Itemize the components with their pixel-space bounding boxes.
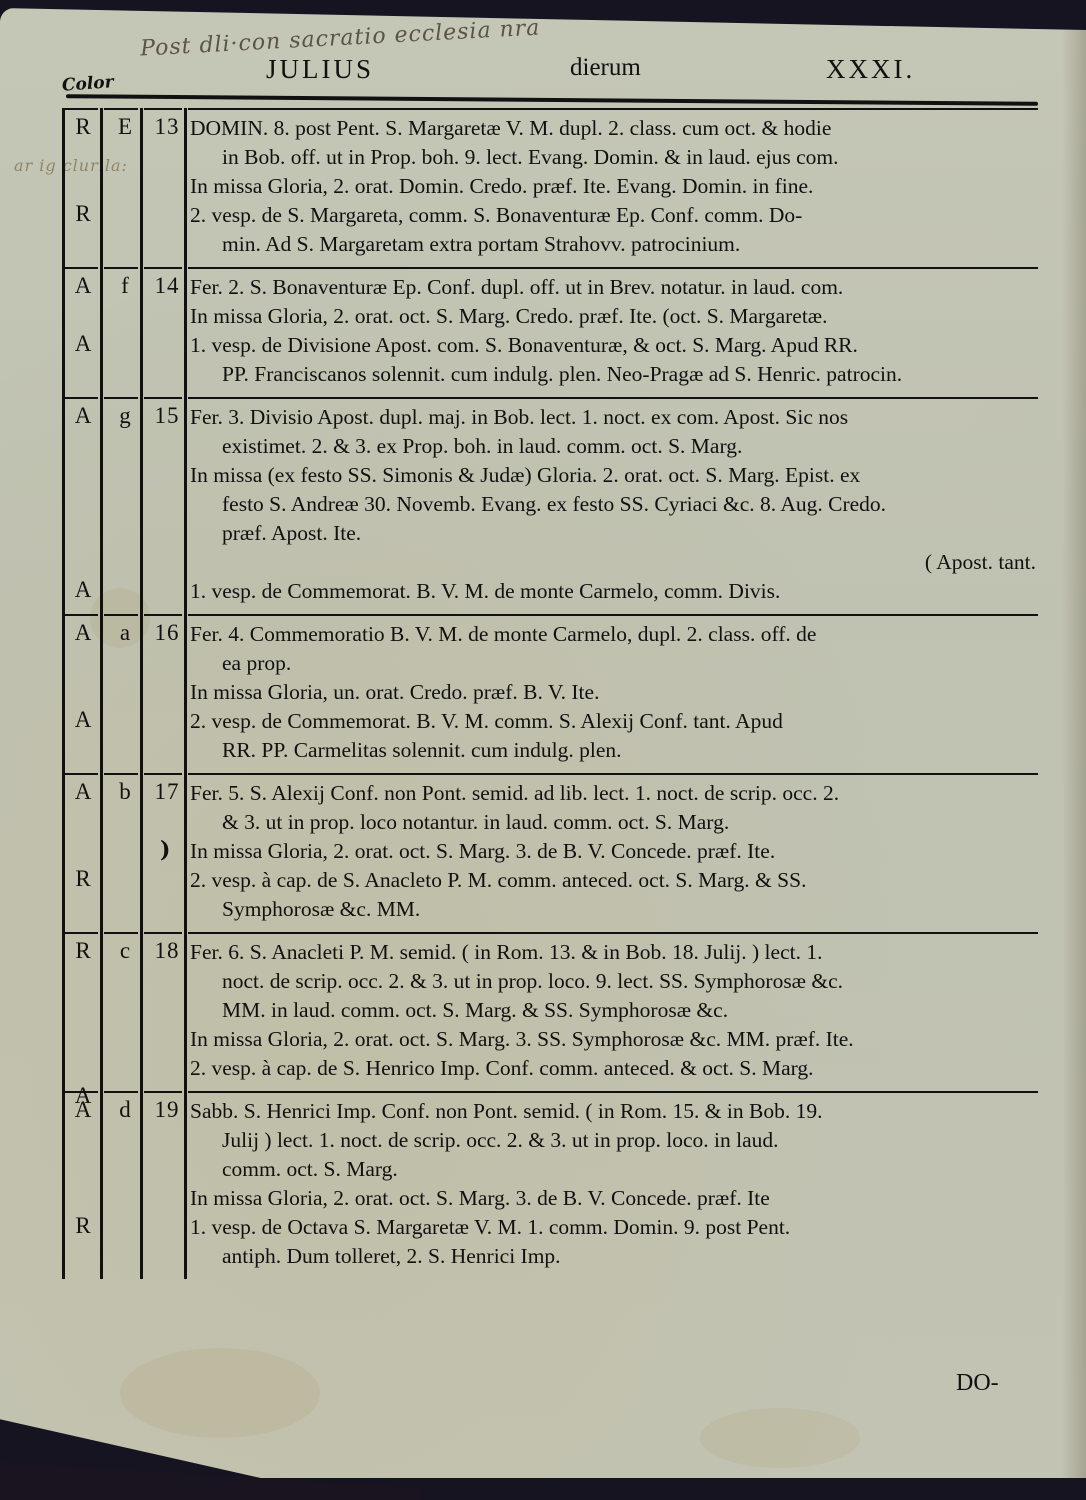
office-text-line: 1. vesp. de Octava S. Margaretæ V. M. 1.… <box>190 1213 1050 1242</box>
office-text-line: Fer. 5. S. Alexij Conf. non Pont. semid.… <box>190 779 1050 808</box>
liturgical-color-letter: A <box>70 779 96 805</box>
office-text-line: Sabb. S. Henrici Imp. Conf. non Pont. se… <box>190 1097 1050 1126</box>
office-text-line: 2. vesp. de S. Margareta, comm. S. Bonav… <box>190 201 1050 230</box>
day-number: 14 <box>150 273 184 299</box>
col-rule-dominical <box>140 108 143 1279</box>
calendar-day-row: c 18 Fer. 6. S. Anacleti P. M. semid. ( … <box>60 932 1045 1091</box>
day-number: 13 <box>150 114 184 140</box>
calendar-day-row: f 14 Fer. 2. S. Bonaventuræ Ep. Conf. du… <box>60 267 1045 397</box>
calendar-day-row: d 19 Sabb. S. Henrici Imp. Conf. non Pon… <box>60 1091 1045 1279</box>
catchword: DO- <box>956 1370 999 1397</box>
office-text-line: 1. vesp. de Divisione Apost. com. S. Bon… <box>190 331 1050 360</box>
office-text-line: In missa Gloria, un. orat. Credo. præf. … <box>190 678 1050 707</box>
dominical-letter: g <box>112 403 138 429</box>
office-text-line: noct. de scrip. occ. 2. & 3. ut in prop.… <box>190 967 1050 996</box>
page-gutter-shadow <box>1062 8 1086 1478</box>
day-office-text: Fer. 5. S. Alexij Conf. non Pont. semid.… <box>190 779 1050 924</box>
office-text-line: ea prop. <box>190 649 1050 678</box>
day-number: 18 <box>150 938 184 964</box>
liturgical-color-letter: R <box>70 114 96 140</box>
office-text-line: In missa Gloria, 2. orat. oct. S. Marg. … <box>190 1184 1050 1213</box>
liturgical-color-letter: R <box>70 938 96 964</box>
office-text-line: præf. Apost. Ite. <box>190 519 1050 548</box>
office-text-line: 1. vesp. de Commemorat. B. V. M. de mont… <box>190 577 1050 606</box>
office-text-line: Julij ) lect. 1. noct. de scrip. occ. 2.… <box>190 1126 1050 1155</box>
office-text-line: ( Apost. tant. <box>190 548 1050 577</box>
office-text-line: In missa Gloria, 2. orat. oct. S. Marg. … <box>190 1025 1050 1054</box>
liturgical-color-letter: R <box>70 866 96 892</box>
row-divider <box>60 267 1045 270</box>
office-text-line: Symphorosæ &c. MM. <box>190 895 1050 924</box>
dominical-letter: a <box>112 620 138 646</box>
office-text-line: 2. vesp. à cap. de S. Anacleto P. M. com… <box>190 866 1050 895</box>
row-divider <box>60 397 1045 400</box>
paper-stain <box>120 1348 320 1438</box>
office-text-line: RR. PP. Carmelitas solennit. cum indulg.… <box>190 736 1050 765</box>
row-divider <box>60 614 1045 617</box>
office-text-line: antiph. Dum tolleret, 2. S. Henrici Imp. <box>190 1242 1050 1271</box>
day-number: 16 <box>150 620 184 646</box>
day-number: 15 <box>150 403 184 429</box>
office-text-line: In missa Gloria, 2. orat. oct. S. Marg. … <box>190 837 1050 866</box>
moon-phase-icon: ) <box>160 837 170 863</box>
office-text-line: Fer. 3. Divisio Apost. dupl. maj. in Bob… <box>190 403 1050 432</box>
row-divider <box>60 1091 1045 1094</box>
liturgical-color-letter: A <box>70 577 96 603</box>
col-rule-day <box>184 108 187 1279</box>
office-text-line: PP. Franciscanos solennit. cum indulg. p… <box>190 360 1050 389</box>
day-office-text: Fer. 2. S. Bonaventuræ Ep. Conf. dupl. o… <box>190 273 1050 389</box>
day-office-text: Fer. 4. Commemoratio B. V. M. de monte C… <box>190 620 1050 765</box>
month-title: JULIUS <box>266 54 374 85</box>
color-column-label: Color <box>61 72 114 96</box>
dominical-letter: c <box>112 938 138 964</box>
liturgical-color-letter: A <box>70 331 96 357</box>
day-number: 17 <box>150 779 184 805</box>
day-office-text: Fer. 3. Divisio Apost. dupl. maj. in Bob… <box>190 403 1050 606</box>
row-divider <box>60 932 1045 935</box>
book-page: Post dli·con sacratio ecclesia nra ar ig… <box>0 8 1086 1478</box>
header-rule <box>66 94 1038 106</box>
calendar-day-row: a 16 Fer. 4. Commemoratio B. V. M. de mo… <box>60 614 1045 773</box>
liturgical-color-letter: A <box>70 1097 96 1123</box>
office-text-line: In missa Gloria, 2. orat. Domin. Credo. … <box>190 172 1050 201</box>
office-text-line: DOMIN. 8. post Pent. S. Margaretæ V. M. … <box>190 114 1050 143</box>
day-number: 19 <box>150 1097 184 1123</box>
liturgical-color-letter: R <box>70 201 96 227</box>
dominical-letter: f <box>112 273 138 299</box>
calendar-day-row: b 17 Fer. 5. S. Alexij Conf. non Pont. s… <box>60 773 1045 932</box>
dominical-letter: b <box>112 779 138 805</box>
office-text-line: festo S. Andreæ 30. Novemb. Evang. ex fe… <box>190 490 1050 519</box>
office-text-line: 2. vesp. de Commemorat. B. V. M. comm. S… <box>190 707 1050 736</box>
office-text-line: comm. oct. S. Marg. <box>190 1155 1050 1184</box>
office-text-line: min. Ad S. Margaretam extra portam Strah… <box>190 230 1050 259</box>
row-divider <box>60 108 1045 111</box>
dierum-label: dierum <box>570 54 641 82</box>
dominical-letter: E <box>112 114 138 140</box>
day-office-text: Sabb. S. Henrici Imp. Conf. non Pont. se… <box>190 1097 1050 1271</box>
day-count: XXXI. <box>826 54 915 85</box>
office-text-line: Fer. 2. S. Bonaventuræ Ep. Conf. dupl. o… <box>190 273 1050 302</box>
office-text-line: 2. vesp. à cap. de S. Henrico Imp. Conf.… <box>190 1054 1050 1083</box>
liturgical-color-letter: A <box>70 273 96 299</box>
office-text-line: in Bob. off. ut in Prop. boh. 9. lect. E… <box>190 143 1050 172</box>
office-text-line: In missa Gloria, 2. orat. oct. S. Marg. … <box>190 302 1050 331</box>
calendar-day-row: E 13 DOMIN. 8. post Pent. S. Margaretæ V… <box>60 108 1045 267</box>
day-office-text: DOMIN. 8. post Pent. S. Margaretæ V. M. … <box>190 114 1050 259</box>
liturgical-color-letter: A <box>70 620 96 646</box>
office-text-line: existimet. 2. & 3. ex Prop. boh. in laud… <box>190 432 1050 461</box>
col-rule-color-left <box>62 108 65 1279</box>
dominical-letter: d <box>112 1097 138 1123</box>
liturgical-color-letter: R <box>70 1213 96 1239</box>
liturgical-color-letter: A <box>70 707 96 733</box>
col-rule-color-right <box>100 108 103 1279</box>
row-divider <box>60 773 1045 776</box>
liturgical-color-letter: A <box>70 403 96 429</box>
office-text-line: In missa (ex festo SS. Simonis & Judæ) G… <box>190 461 1050 490</box>
office-text-line: Fer. 6. S. Anacleti P. M. semid. ( in Ro… <box>190 938 1050 967</box>
office-text-line: & 3. ut in prop. loco notantur. in laud.… <box>190 808 1050 837</box>
day-office-text: Fer. 6. S. Anacleti P. M. semid. ( in Ro… <box>190 938 1050 1083</box>
office-text-line: Fer. 4. Commemoratio B. V. M. de monte C… <box>190 620 1050 649</box>
paper-stain <box>700 1408 860 1468</box>
calendar-day-row: g 15 Fer. 3. Divisio Apost. dupl. maj. i… <box>60 397 1045 614</box>
office-text-line: MM. in laud. comm. oct. S. Marg. & SS. S… <box>190 996 1050 1025</box>
